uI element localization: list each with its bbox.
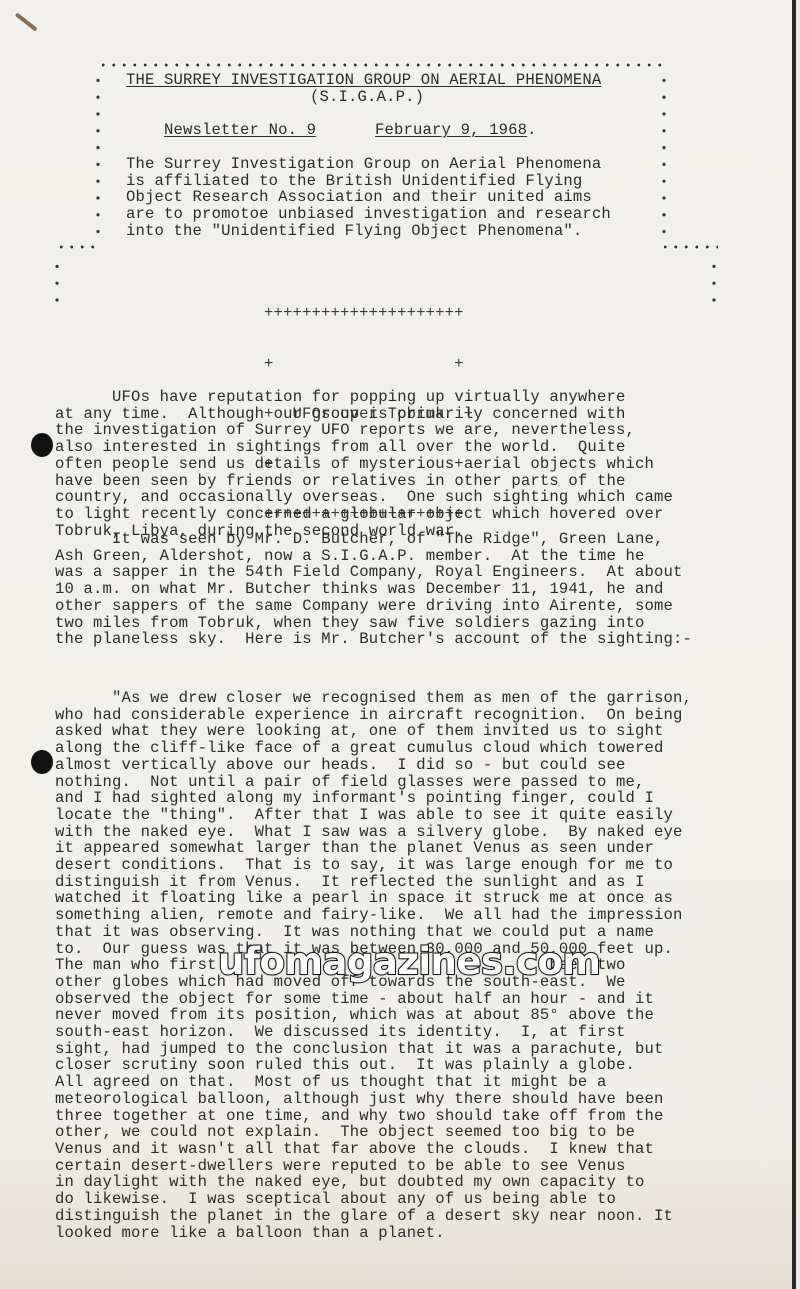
scanned-page: THE SURREY INVESTIGATION GROUP ON AERIAL… [0,0,796,1289]
date-suffix: . [527,121,537,139]
page-edge [792,0,796,1289]
title-box-blank: + + [264,356,473,373]
paper-stain [15,12,38,31]
watermark: ufomagazines.com [218,940,600,983]
punch-hole [31,433,53,457]
title-box-border: +++++++++++++++++++++ [264,305,473,322]
body-paragraph: It was seen by Mr. D. Butcher, of "The R… [55,531,755,648]
org-title: THE SURREY INVESTIGATION GROUP ON AERIAL… [126,72,601,89]
punch-hole [31,750,53,774]
body-paragraph: UFOs have reputation for popping up virt… [55,389,755,539]
date-text: February 9, 1968 [375,121,527,139]
newsletter-number: Newsletter No. 9 [164,122,316,139]
intro-paragraph: The Surrey Investigation Group on Aerial… [126,156,611,240]
newsletter-date: February 9, 1968. [375,122,537,139]
org-abbreviation: (S.I.G.A.P.) [310,89,424,106]
